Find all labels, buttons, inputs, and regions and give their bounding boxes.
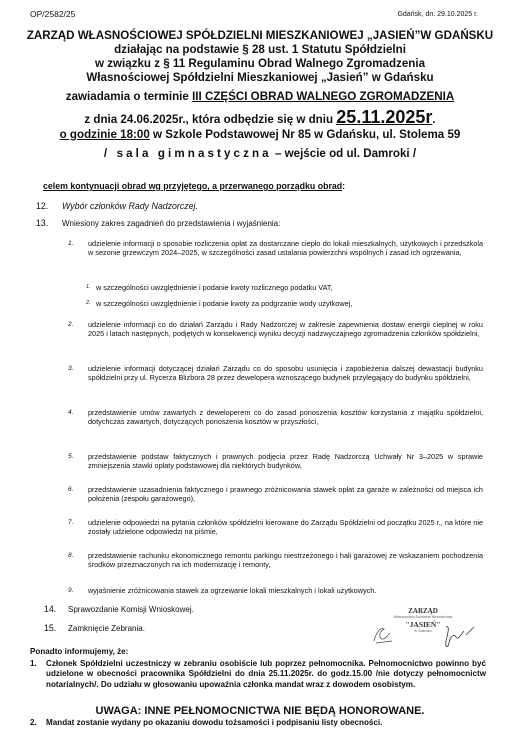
agenda-item-number: 14. bbox=[44, 604, 56, 615]
subitem-text: udzielenie informacji co do działań Zarz… bbox=[88, 320, 483, 338]
subitem-text: przedstawienie rachunku ekonomicznego re… bbox=[88, 551, 483, 569]
meeting-date: 25.11.2025r bbox=[336, 107, 432, 127]
subitem-text: wyjaśnienie zróżnicowania stawek za ogrz… bbox=[88, 586, 483, 595]
subitem-number: 5. bbox=[68, 452, 73, 461]
signature-left-icon bbox=[370, 621, 396, 647]
meeting-room: / sala gimnastyczna bbox=[104, 147, 272, 160]
subitem-text: udzielenie informacji dotyczącej działań… bbox=[88, 364, 483, 382]
board-stamp: ZARZĄD Własnościowej Spółdzielni Mieszka… bbox=[368, 607, 478, 652]
meeting-entrance: – wejście od ul. Damroki / bbox=[272, 147, 416, 160]
subitem-number: 7. bbox=[68, 518, 73, 527]
agenda-item-text: Wybór członków Rady Nadzorczej. bbox=[62, 201, 198, 212]
header-line-6: z dnia 24.06.2025r., która odbędzie się … bbox=[0, 110, 520, 127]
subitem-number: 2. bbox=[68, 320, 73, 329]
place-date: Gdańsk, dn. 29.10.2025 r. bbox=[397, 11, 478, 18]
meeting-origin-date: z dnia 24.06.2025r., która odbędzie się … bbox=[84, 113, 336, 126]
subitem-number: 6. bbox=[68, 485, 73, 494]
signature-right-icon bbox=[440, 623, 478, 653]
agenda-item-text: Zamknięcie Zebrania. bbox=[68, 623, 145, 634]
subitem-text: przedstawienie podstaw faktycznych i pra… bbox=[88, 452, 483, 470]
stamp-title: ZARZĄD bbox=[368, 607, 478, 615]
meeting-date-suffix: . bbox=[432, 113, 435, 126]
subitem-text: udzielenie informacji o sposobie rozlicz… bbox=[88, 239, 483, 257]
agenda-item-number: 15. bbox=[44, 623, 56, 634]
agenda-item-number: 13. bbox=[36, 218, 48, 229]
header-line-2: działając na podstawie § 28 ust. 1 Statu… bbox=[0, 43, 520, 57]
reference-number: OP/2582/25 bbox=[30, 9, 75, 19]
meeting-location: w Szkole Podstawowej Nr 85 w Gdańsku, ul… bbox=[150, 128, 461, 141]
note-text: Mandat zostanie wydany po okazaniu dowod… bbox=[46, 718, 382, 727]
subitem-text: przedstawienie uzasadnienia faktycznego … bbox=[88, 485, 483, 503]
header-line-3: w związku z § 11 Regulaminu Obrad Walneg… bbox=[0, 57, 520, 71]
note-text: Członek Spółdzielni uczestniczy w zebran… bbox=[46, 659, 486, 690]
meeting-time: o godzinie 18:00 bbox=[60, 128, 150, 141]
header-line-7: o godzinie 18:00 w Szkole Podstawowej Nr… bbox=[0, 128, 520, 142]
notice-text: zawiadamia o terminie bbox=[66, 90, 192, 103]
subitem-number: 3. bbox=[68, 364, 73, 373]
header-line-4: Własnościowej Spółdzielni Mieszkaniowej … bbox=[0, 71, 520, 85]
notes-heading: Ponadto informujemy, że: bbox=[30, 647, 128, 656]
header-line-1: ZARZĄD WŁASNOŚCIOWEJ SPÓŁDZIELNI MIESZKA… bbox=[0, 29, 520, 43]
nested-subitem-number: 1. bbox=[86, 283, 91, 292]
agenda-item-text: Wniesiony zakres zagadnień do przedstawi… bbox=[62, 218, 280, 229]
agenda-item-number: 12. bbox=[36, 201, 48, 212]
nested-subitem-text: w szczególności uwzględnienie i podanie … bbox=[96, 299, 352, 308]
meeting-part-title: III CZĘŚCI OBRAD WALNEGO ZGROMADZENIA bbox=[192, 90, 454, 103]
subitem-number: 1. bbox=[68, 239, 73, 248]
subitem-number: 8. bbox=[68, 551, 73, 560]
subitem-text: udzielenie odpowiedzi na pytania członkó… bbox=[88, 518, 483, 536]
agenda-item-text: Sprawozdanie Komisji Wnioskowej. bbox=[68, 604, 194, 615]
note-number: 1. bbox=[30, 659, 37, 669]
stamp-subtitle: Własnościowej Spółdzielni Mieszkaniowej bbox=[368, 615, 478, 619]
subitem-text: przedstawienie umów zawartych z dewelope… bbox=[88, 408, 483, 426]
note-number: 2. bbox=[30, 718, 37, 727]
header-line-8: / sala gimnastyczna – wejście od ul. Dam… bbox=[0, 147, 520, 161]
agenda-intro-text: celem kontynuacji obrad wg przyjętego, a… bbox=[43, 181, 342, 191]
subitem-number: 9. bbox=[68, 586, 73, 595]
header-line-5: zawiadamia o terminie III CZĘŚCI OBRAD W… bbox=[0, 90, 520, 104]
nested-subitem-number: 2. bbox=[86, 299, 91, 308]
warning-banner: UWAGA: INNE PEŁNOMOCNICTWA NIE BĘDĄ HONO… bbox=[0, 705, 520, 717]
agenda-intro: celem kontynuacji obrad wg przyjętego, a… bbox=[43, 181, 345, 191]
agenda-intro-suffix: : bbox=[342, 181, 345, 191]
nested-subitem-text: w szczególności uwzględnienie i podanie … bbox=[96, 283, 333, 292]
subitem-number: 4. bbox=[68, 408, 73, 417]
